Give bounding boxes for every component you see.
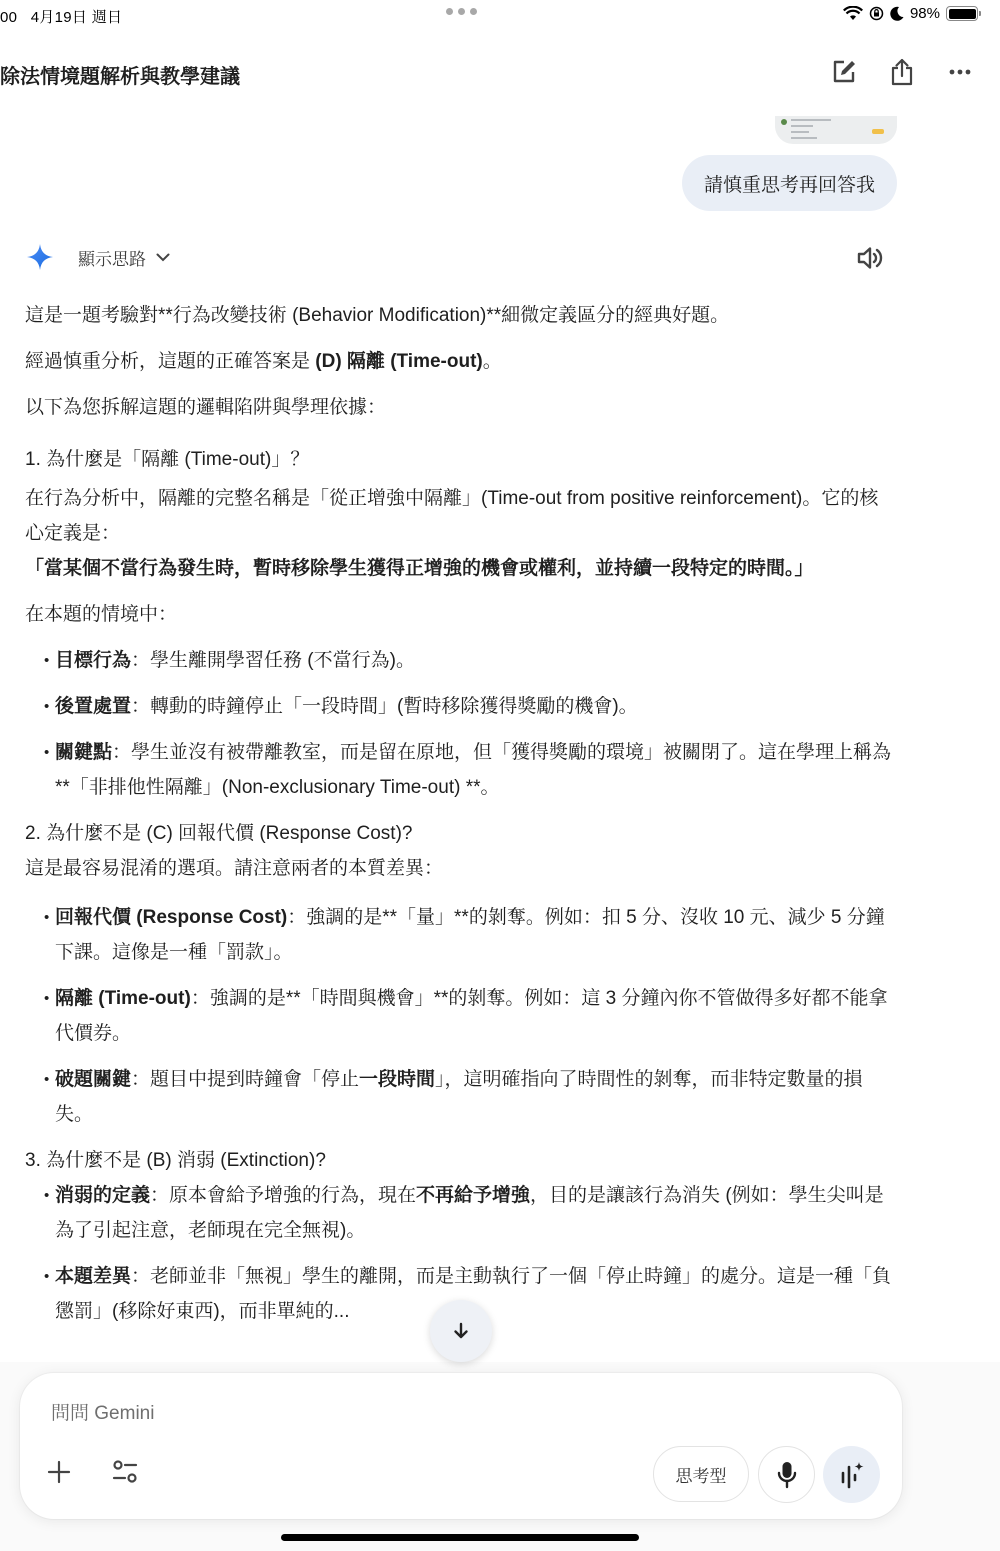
tools-sliders-icon	[111, 1459, 139, 1485]
live-waveform-sparkle-icon	[838, 1461, 866, 1489]
status-bar: 00 4月19日 週日 98%	[0, 0, 1000, 32]
edit-button[interactable]	[830, 58, 858, 86]
thinking-mode-label: 思考型	[676, 1462, 727, 1487]
time-text: 00	[0, 9, 17, 26]
microphone-icon	[777, 1461, 797, 1489]
bullet-label: 消弱的定義	[55, 1185, 150, 1206]
list-item: 消弱的定義：原本會給予增強的行為，現在不再給予增強，目的是讓該行為消失 (例如：…	[25, 1178, 897, 1248]
list-item: 隔離 (Time-out)：強調的是**「時間與機會」**的剝奪。例如：這 3 …	[25, 981, 897, 1051]
more-options-button[interactable]	[946, 58, 974, 86]
status-indicators: 98%	[843, 5, 978, 22]
list-item: 破題關鍵：題目中提到時鐘會「停止一段時間」，這明確指向了時間性的剝奪，而非特定數…	[25, 1062, 897, 1132]
attached-image-thumbnail[interactable]	[775, 116, 897, 144]
share-icon	[890, 58, 914, 86]
bullet-text: ：學生並沒有被帶離教室，而是留在原地，但「獲得獎勵的環境」被關閉了。這在學理上稱…	[55, 742, 891, 798]
share-button[interactable]	[888, 58, 916, 86]
breakdown-intro: 以下為您拆解這題的邏輯陷阱與學理依據：	[25, 390, 897, 425]
answer-prefix: 經過慎重分析，這題的正確答案是	[25, 351, 315, 372]
show-thinking-label: 顯示思路	[78, 245, 146, 270]
list-item: 關鍵點：學生並沒有被帶離教室，而是留在原地，但「獲得獎勵的環境」被關閉了。這在學…	[25, 735, 897, 805]
edit-icon	[831, 59, 857, 85]
section-2-heading: 2. 為什麼不是 (C) 回報代價 (Response Cost)?	[25, 816, 897, 851]
bullet-text: ：題目中提到時鐘會「停止	[131, 1069, 359, 1090]
section-1-context: 在本題的情境中：	[25, 597, 897, 632]
bullet-label: 關鍵點	[55, 742, 112, 763]
bullet-text: ：原本會給予增強的行為，現在	[150, 1185, 416, 1206]
chat-header: 除法情境題解析與教學建議	[0, 52, 1000, 96]
bullet-label: 目標行為	[55, 650, 131, 671]
bullet-text: ：轉動的時鐘停止「一段時間」(暫時移除獲得獎勵的機會)。	[131, 696, 638, 717]
battery-percent: 98%	[910, 5, 940, 22]
tools-button[interactable]	[110, 1457, 140, 1487]
list-item: 後置處置：轉動的時鐘停止「一段時間」(暫時移除獲得獎勵的機會)。	[25, 689, 897, 724]
definition-text: 在行為分析中，隔離的完整名稱是「從正增強中隔離」(Time-out from p…	[25, 488, 878, 544]
gemini-live-button[interactable]	[823, 1446, 880, 1503]
answer-paragraph: 經過慎重分析，這題的正確答案是 (D) 隔離 (Time-out)。	[25, 344, 897, 379]
status-time: 00 4月19日 週日	[0, 6, 122, 27]
section-1-list: 目標行為：學生離開學習任務 (不當行為)。 後置處置：轉動的時鐘停止「一段時間」…	[25, 643, 897, 805]
bullet-label: 後置處置	[55, 696, 131, 717]
bullet-label: 破題關鍵	[55, 1069, 131, 1090]
arrow-down-icon	[453, 1322, 469, 1340]
add-attachment-button[interactable]	[44, 1457, 74, 1487]
user-message-bubble: 請慎重思考再回答我	[682, 155, 897, 211]
chat-title: 除法情境題解析與教學建議	[0, 60, 240, 89]
section-3-heading: 3. 為什麼不是 (B) 消弱 (Extinction)?	[25, 1143, 897, 1178]
scroll-to-bottom-button[interactable]	[430, 1300, 492, 1362]
composer: 思考型	[20, 1373, 902, 1519]
plus-icon	[47, 1460, 71, 1484]
section-2-intro: 這是最容易混淆的選項。請注意兩者的本質差異：	[25, 851, 897, 886]
bullet-bold: 不再給予增強	[416, 1185, 530, 1206]
wifi-icon	[843, 6, 863, 21]
gemini-sparkle-icon	[26, 243, 54, 271]
section-2-list: 回報代價 (Response Cost)：強調的是**「量」**的剝奪。例如：扣…	[25, 900, 897, 1132]
bullet-text: ：學生離開學習任務 (不當行為)。	[131, 650, 415, 671]
answer-suffix: 。	[483, 351, 502, 372]
intro-paragraph: 這是一題考驗對**行為改變技術 (Behavior Modification)*…	[25, 298, 897, 333]
date-text: 4月19日 週日	[31, 9, 123, 26]
answer-bold: (D) 隔離 (Time-out)	[315, 351, 482, 372]
do-not-disturb-moon-icon	[890, 6, 904, 21]
orientation-lock-icon	[869, 6, 884, 21]
model-response-body: 這是一題考驗對**行為改變技術 (Behavior Modification)*…	[25, 298, 897, 1340]
multitasking-dots[interactable]	[446, 8, 477, 15]
microphone-button[interactable]	[758, 1446, 815, 1503]
show-thinking-toggle[interactable]: 顯示思路	[78, 245, 170, 270]
speaker-icon	[856, 244, 884, 272]
definition-bold: 「當某個不當行為發生時，暫時移除學生獲得正增強的機會或權利，並持續一段特定的時間…	[25, 558, 814, 579]
conversation-scroll[interactable]: 請慎重思考再回答我 顯示思路 這是一題考驗對**行為改變技術 (Behavior…	[0, 110, 1000, 1370]
battery-icon	[946, 6, 978, 21]
header-actions	[830, 58, 974, 86]
bullet-label: 本題差異	[55, 1266, 131, 1287]
thinking-mode-button[interactable]: 思考型	[653, 1446, 749, 1502]
bullet-label: 回報代價 (Response Cost)	[55, 907, 287, 928]
section-1-heading: 1. 為什麼是「隔離 (Time-out)」？	[25, 442, 897, 477]
read-aloud-button[interactable]	[856, 244, 884, 272]
chevron-down-icon	[156, 253, 170, 262]
home-indicator[interactable]	[281, 1534, 639, 1541]
user-message-text: 請慎重思考再回答我	[704, 170, 875, 197]
more-icon	[949, 69, 971, 75]
bullet-bold: 一段時間	[359, 1069, 435, 1090]
prompt-input[interactable]	[51, 1403, 651, 1425]
list-item: 目標行為：學生離開學習任務 (不當行為)。	[25, 643, 897, 678]
section-1-paragraph: 在行為分析中，隔離的完整名稱是「從正增強中隔離」(Time-out from p…	[25, 481, 897, 586]
model-response-header: 顯示思路	[26, 243, 170, 271]
list-item: 回報代價 (Response Cost)：強調的是**「量」**的剝奪。例如：扣…	[25, 900, 897, 970]
bullet-label: 隔離 (Time-out)	[55, 988, 191, 1009]
